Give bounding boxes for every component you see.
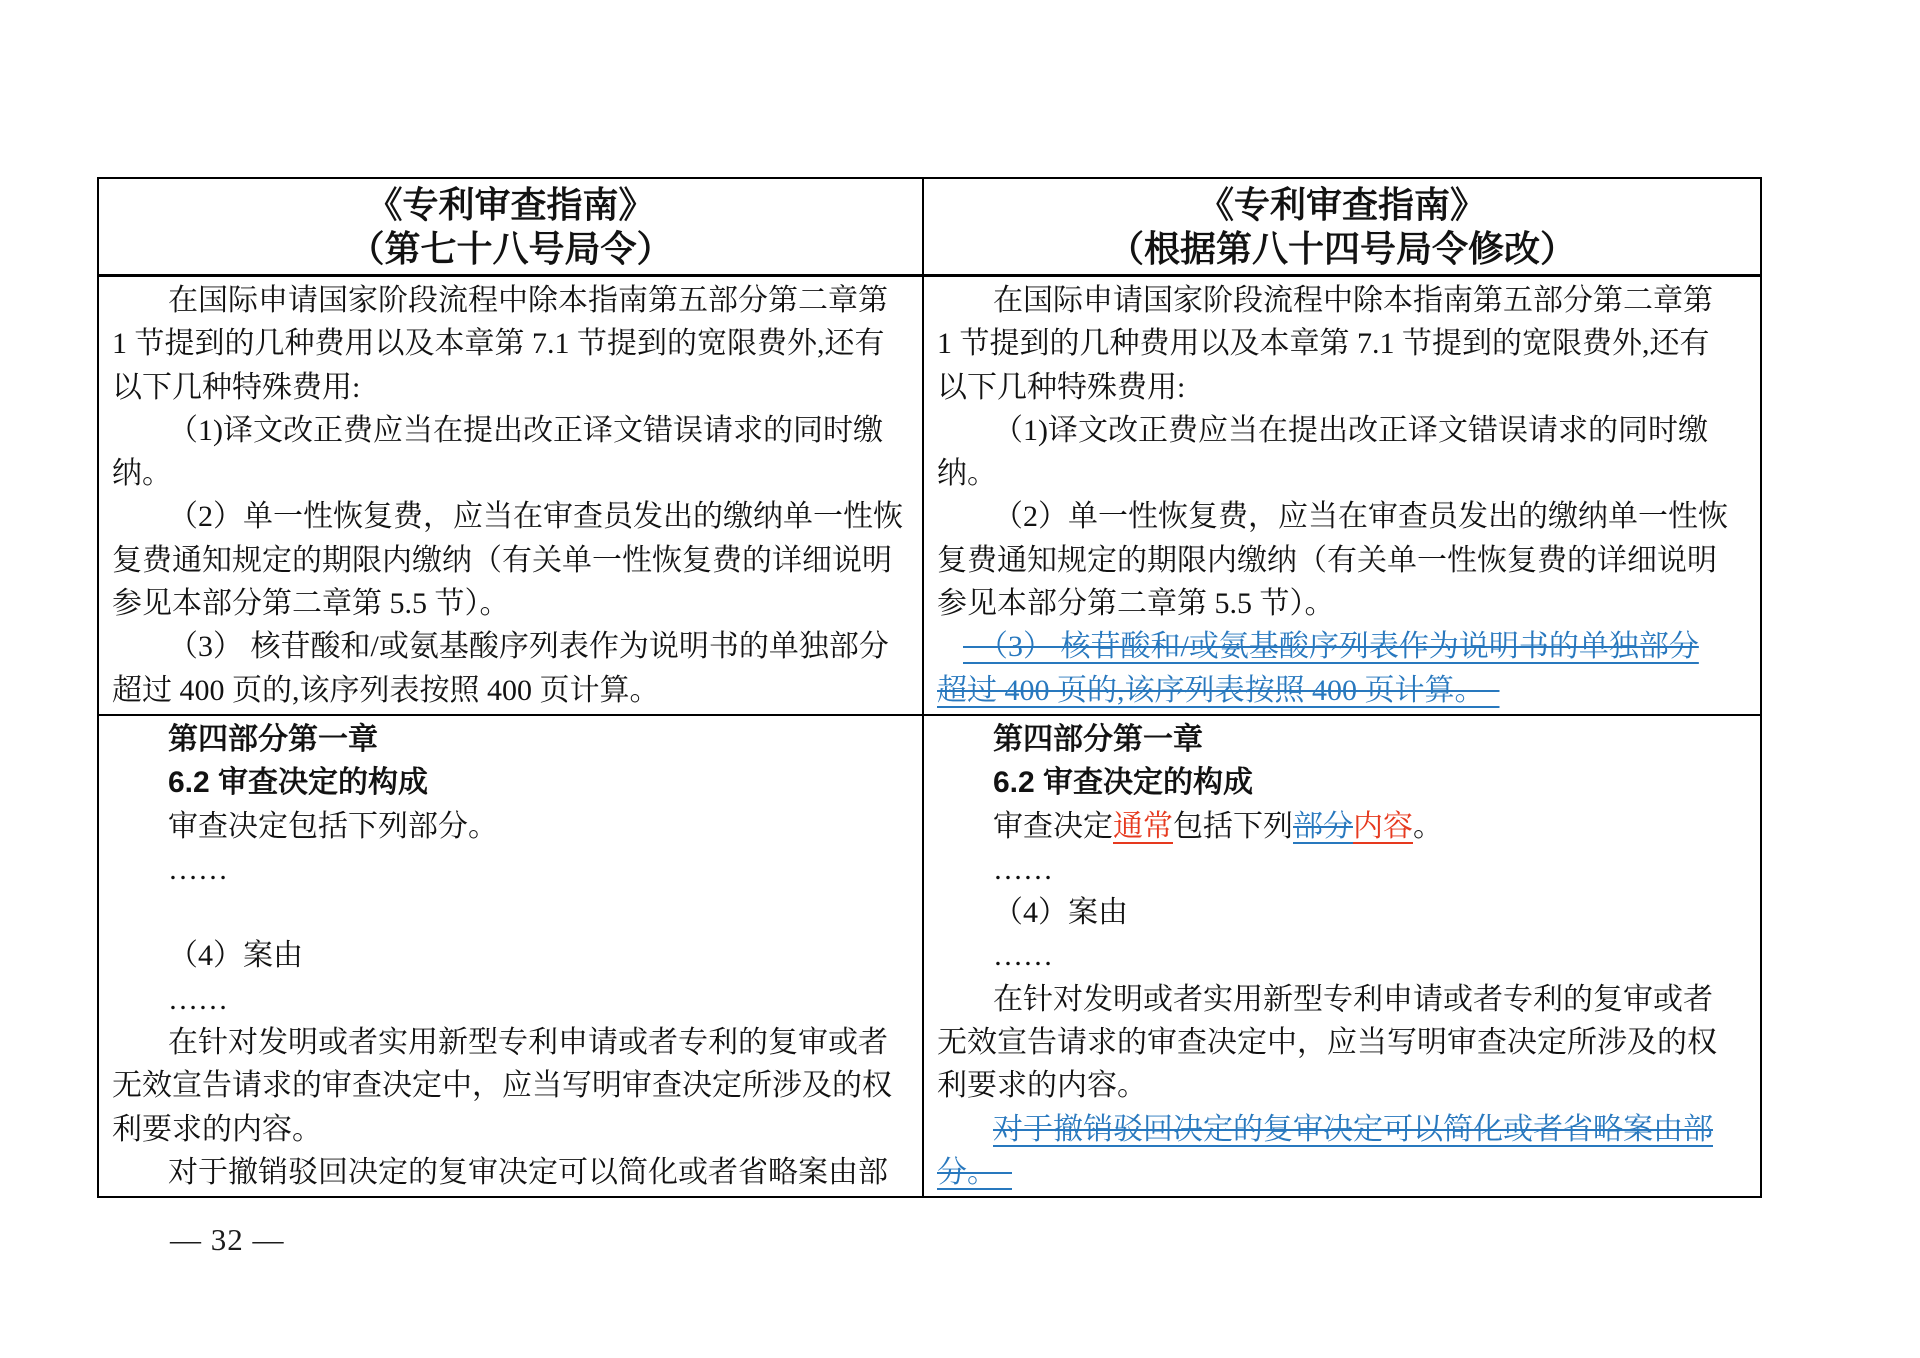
text-line: （4）案由 (937, 891, 1748, 934)
header-cell-new-version: 《专利审查指南》 （根据第八十四号局令修改） (923, 178, 1761, 276)
text-line: 复费通知规定的期限内缴纳（有关单一性恢复费的详细说明 (112, 539, 910, 582)
text-run: 。 (1413, 810, 1443, 843)
text-run: 在国际申请国家阶段流程中除本指南第五部分第二章第 (168, 284, 888, 317)
text-run: 复费通知规定的期限内缴纳（有关单一性恢复费的详细说明 (937, 544, 1717, 577)
text-line: 在针对发明或者实用新型专利申请或者专利的复审或者 (112, 1021, 910, 1064)
text-run: （1)译文改正费应当在提出改正译文错误请求的同时缴 (168, 414, 883, 447)
header-subtitle-new: （根据第八十四号局令修改） (934, 227, 1750, 271)
text-run: 包括下列 (1173, 810, 1293, 843)
text-run: 第四部分第一章 (168, 723, 378, 756)
deleted-text: 对于撤销驳回决定的复审决定可以简化或者省略案由部 (993, 1113, 1713, 1146)
text-run: （4）案由 (993, 896, 1128, 929)
text-run: 以下几种特殊费用: (112, 371, 360, 404)
cell-old-fees-text: 在国际申请国家阶段流程中除本指南第五部分第二章第1 节提到的几种费用以及本章第 … (98, 276, 923, 716)
page-number: — 32 — (170, 1220, 285, 1260)
text-run: 参见本部分第二章第 5.5 节）。 (112, 587, 510, 620)
text-line: 利要求的内容。 (112, 1108, 910, 1151)
deleted-text: 部分 (1293, 810, 1353, 843)
text-line: 参见本部分第二章第 5.5 节）。 (937, 582, 1748, 625)
text-line: 利要求的内容。 (937, 1064, 1748, 1107)
text-run: 在针对发明或者实用新型专利申请或者专利的复审或者 (168, 1026, 888, 1059)
deleted-text: （3） 核苷酸和/或氨基酸序列表作为说明书的单独部分 (963, 630, 1699, 663)
text-run: 1 节提到的几种费用以及本章第 7.1 节提到的宽限费外,还有 (112, 327, 885, 360)
text-run: 无效宣告请求的审查决定中，应当写明审查决定所涉及的权 (112, 1069, 892, 1102)
text-line: 无效宣告请求的审查决定中，应当写明审查决定所涉及的权 (937, 1021, 1748, 1064)
text-line: 6.2 审查决定的构成 (112, 761, 910, 804)
text-run: 利要求的内容。 (112, 1113, 322, 1146)
text-run: 6.2 审查决定的构成 (993, 766, 1253, 799)
table-row-fees-section: 在国际申请国家阶段流程中除本指南第五部分第二章第1 节提到的几种费用以及本章第 … (98, 276, 1761, 716)
cell-new-fees-text: 在国际申请国家阶段流程中除本指南第五部分第二章第1 节提到的几种费用以及本章第 … (923, 276, 1761, 716)
text-line: （1)译文改正费应当在提出改正译文错误请求的同时缴 (937, 409, 1748, 452)
text-line: 6.2 审查决定的构成 (937, 761, 1748, 804)
text-line: …… (937, 934, 1748, 977)
comparison-table: 《专利审查指南》 （第七十八号局令） 《专利审查指南》 （根据第八十四号局令修改… (97, 177, 1762, 1198)
text-run: （3） 核苷酸和/或氨基酸序列表作为说明书的单独部分 (168, 630, 889, 663)
text-run: 审查决定包括下列部分。 (168, 810, 498, 843)
text-line: 复费通知规定的期限内缴纳（有关单一性恢复费的详细说明 (937, 539, 1748, 582)
inserted-text: 通常 (1113, 810, 1173, 843)
text-line: 第四部分第一章 (937, 718, 1748, 761)
text-line: 无效宣告请求的审查决定中，应当写明审查决定所涉及的权 (112, 1064, 910, 1107)
deleted-text: 超过 400 页的,该序列表按照 400 页计算。 (937, 674, 1500, 707)
text-line: 在国际申请国家阶段流程中除本指南第五部分第二章第 (112, 279, 910, 322)
header-cell-old-version: 《专利审查指南》 （第七十八号局令） (98, 178, 923, 276)
text-line: 在国际申请国家阶段流程中除本指南第五部分第二章第 (937, 279, 1748, 322)
header-subtitle-old: （第七十八号局令） (109, 227, 912, 271)
text-run: 复费通知规定的期限内缴纳（有关单一性恢复费的详细说明 (112, 544, 892, 577)
header-title-old: 《专利审查指南》 (109, 183, 912, 227)
text-line: 以下几种特殊费用: (937, 366, 1748, 409)
text-line: （1)译文改正费应当在提出改正译文错误请求的同时缴 (112, 409, 910, 452)
text-run: …… (168, 983, 228, 1016)
text-run: （1)译文改正费应当在提出改正译文错误请求的同时缴 (993, 414, 1708, 447)
deleted-text: 分。 (937, 1156, 1012, 1189)
text-line: …… (112, 848, 910, 891)
text-line: …… (937, 848, 1748, 891)
document-page: 《专利审查指南》 （第七十八号局令） 《专利审查指南》 （根据第八十四号局令修改… (0, 0, 1920, 1358)
text-line: …… (112, 978, 910, 1021)
text-run: 纳。 (937, 457, 997, 490)
text-line: 超过 400 页的,该序列表按照 400 页计算。 (112, 669, 910, 712)
text-run: 利要求的内容。 (937, 1069, 1147, 1102)
text-line: 以下几种特殊费用: (112, 366, 910, 409)
text-run: 审查决定 (993, 810, 1113, 843)
text-run: （4）案由 (168, 939, 303, 972)
text-run: 6.2 审查决定的构成 (168, 766, 428, 799)
text-line: 纳。 (937, 452, 1748, 495)
text-run: 对于撤销驳回决定的复审决定可以简化或者省略案由部 (168, 1156, 888, 1189)
text-line: 审查决定通常包括下列部分内容。 (937, 805, 1748, 848)
text-line: （3） 核苷酸和/或氨基酸序列表作为说明书的单独部分 (112, 625, 910, 668)
text-run: 无效宣告请求的审查决定中，应当写明审查决定所涉及的权 (937, 1026, 1717, 1059)
text-run: 第四部分第一章 (993, 723, 1203, 756)
text-line: （2）单一性恢复费，应当在审查员发出的缴纳单一性恢 (112, 495, 910, 538)
table-row-decision-section: 第四部分第一章6.2 审查决定的构成审查决定包括下列部分。…… （4）案由……在… (98, 715, 1761, 1197)
text-run: 在国际申请国家阶段流程中除本指南第五部分第二章第 (993, 284, 1713, 317)
text-line: （3） 核苷酸和/或氨基酸序列表作为说明书的单独部分 (937, 625, 1748, 668)
text-run: 1 节提到的几种费用以及本章第 7.1 节提到的宽限费外,还有 (937, 327, 1710, 360)
text-line: 1 节提到的几种费用以及本章第 7.1 节提到的宽限费外,还有 (937, 322, 1748, 365)
inserted-text: 内容 (1353, 810, 1413, 843)
text-run: …… (993, 939, 1053, 972)
text-line: 超过 400 页的,该序列表按照 400 页计算。 (937, 669, 1748, 712)
text-run: （2）单一性恢复费，应当在审查员发出的缴纳单一性恢 (993, 500, 1728, 533)
text-line: 对于撤销驳回决定的复审决定可以简化或者省略案由部 (112, 1151, 910, 1194)
text-run: 超过 400 页的,该序列表按照 400 页计算。 (112, 674, 660, 707)
header-title-new: 《专利审查指南》 (934, 183, 1750, 227)
text-line: 1 节提到的几种费用以及本章第 7.1 节提到的宽限费外,还有 (112, 322, 910, 365)
text-run: 以下几种特殊费用: (937, 371, 1185, 404)
cell-old-decision-text: 第四部分第一章6.2 审查决定的构成审查决定包括下列部分。…… （4）案由……在… (98, 715, 923, 1197)
text-line: 分。 (937, 1151, 1748, 1194)
text-run: 参见本部分第二章第 5.5 节）。 (937, 587, 1335, 620)
text-line: 在针对发明或者实用新型专利申请或者专利的复审或者 (937, 978, 1748, 1021)
text-run: （2）单一性恢复费，应当在审查员发出的缴纳单一性恢 (168, 500, 903, 533)
text-line: 审查决定包括下列部分。 (112, 805, 910, 848)
text-line: 第四部分第一章 (112, 718, 910, 761)
cell-new-decision-text: 第四部分第一章6.2 审查决定的构成审查决定通常包括下列部分内容。……（4）案由… (923, 715, 1761, 1197)
table-header-row: 《专利审查指南》 （第七十八号局令） 《专利审查指南》 （根据第八十四号局令修改… (98, 178, 1761, 276)
text-line: （4）案由 (112, 934, 910, 977)
text-run: …… (993, 853, 1053, 886)
text-line (112, 891, 910, 934)
text-line: 纳。 (112, 452, 910, 495)
text-run: 在针对发明或者实用新型专利申请或者专利的复审或者 (993, 983, 1713, 1016)
text-line: 参见本部分第二章第 5.5 节）。 (112, 582, 910, 625)
text-line: 对于撤销驳回决定的复审决定可以简化或者省略案由部 (937, 1108, 1748, 1151)
text-run: 纳。 (112, 457, 172, 490)
text-line: （2）单一性恢复费，应当在审查员发出的缴纳单一性恢 (937, 495, 1748, 538)
text-run: …… (168, 853, 228, 886)
